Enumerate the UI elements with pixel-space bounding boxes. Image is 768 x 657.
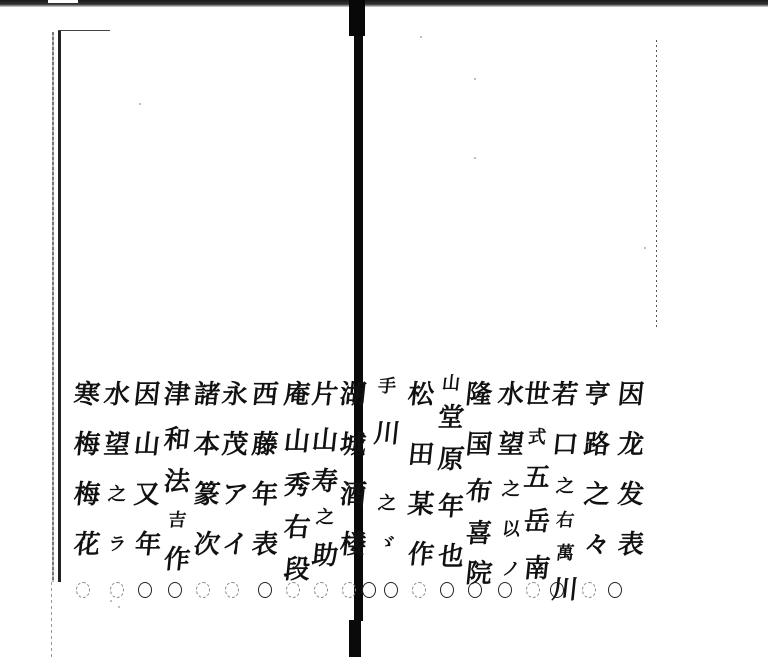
circle-mark — [498, 582, 512, 598]
glyph: 年 — [433, 482, 468, 532]
glyph: 松 — [403, 370, 438, 420]
circle-mark — [440, 582, 454, 598]
glyph: 之 — [99, 470, 134, 520]
text-column-10: 湖 城 酒 楼 — [338, 370, 368, 570]
glyph — [405, 420, 436, 430]
circle-mark — [110, 582, 124, 598]
scan-speck — [420, 36, 422, 38]
text-column-9: 手 川 之 ゞ — [372, 370, 402, 564]
glyph: 藤 — [247, 420, 282, 470]
glyph: 之 — [548, 470, 582, 504]
text-column-12: 庵 山 秀 右 段 — [282, 370, 312, 592]
circle-mark — [168, 582, 182, 598]
glyph: 山 — [280, 420, 315, 464]
scanned-page-spread: 因 龙 发 表 亨 路 之 々 若 口 之 右 萬 川 世 式 五 岳 南 水 — [0, 0, 768, 657]
glyph: 也 — [433, 532, 468, 582]
text-column-16: 津 和 法 吉 作 — [162, 370, 192, 582]
glyph: 之 — [494, 470, 528, 510]
glyph: 秀 — [280, 464, 315, 508]
left-page-outer-border — [52, 32, 54, 582]
glyph: 表 — [613, 520, 648, 570]
circle-mark — [342, 582, 356, 598]
text-column-5: 水 望 之 以 ノ — [496, 370, 526, 590]
text-column-3: 若 口 之 右 萬 川 — [550, 370, 580, 610]
text-column-13: 西 藤 年 表 — [250, 370, 280, 570]
text-column-11: 片 山 寿 之 助 — [310, 370, 340, 578]
text-column-18: 水 望 之 ラ — [102, 370, 132, 570]
glyph: 表 — [247, 520, 282, 570]
glyph: 龙 — [613, 420, 648, 470]
glyph: 庵 — [279, 370, 314, 420]
text-column-8: 松 田 某 作 — [406, 370, 436, 580]
glyph — [371, 464, 403, 484]
glyph: 梅 — [69, 470, 104, 520]
glyph: 之 — [370, 484, 404, 524]
circle-mark — [258, 582, 272, 598]
glyph: 諸 — [189, 370, 224, 420]
text-column-2: 亨 路 之 々 — [582, 370, 612, 570]
book-gutter-bottom — [349, 620, 361, 657]
glyph: 路 — [579, 420, 614, 470]
glyph: 山 — [435, 370, 468, 398]
text-column-1: 因 龙 发 表 — [616, 370, 646, 570]
circle-mark — [550, 582, 564, 598]
glyph: 和 — [160, 420, 194, 460]
text-column-7: 山 堂 原 年 也 — [436, 370, 466, 582]
glyph: 年 — [247, 470, 282, 520]
circle-mark — [225, 582, 239, 598]
glyph: 酒 — [335, 470, 370, 520]
glyph: 川 — [369, 404, 405, 464]
circle-mark — [314, 582, 328, 598]
glyph: 之 — [308, 502, 341, 534]
calligraphy-text-block: 因 龙 发 表 亨 路 之 々 若 口 之 右 萬 川 世 式 五 岳 南 水 — [60, 370, 640, 610]
circle-mark — [582, 582, 596, 598]
glyph: 本 — [189, 420, 224, 470]
left-page-border-tail — [51, 582, 52, 657]
circle-mark — [526, 582, 540, 598]
glyph: 望 — [493, 420, 528, 470]
scan-speck — [139, 103, 141, 105]
glyph: 发 — [613, 470, 648, 520]
glyph: 望 — [99, 420, 134, 470]
glyph: 篆 — [189, 470, 224, 520]
glyph: 以 — [494, 510, 528, 550]
scan-top-gap — [48, 0, 78, 3]
glyph: 水 — [99, 370, 134, 420]
glyph: 作 — [403, 530, 438, 580]
scan-speck — [474, 157, 476, 159]
text-column-17: 因 山 又 年 — [132, 370, 162, 590]
glyph: 法 — [160, 460, 195, 504]
glyph: ラ — [99, 520, 134, 570]
glyph: 作 — [160, 538, 195, 582]
glyph: 堂 — [434, 398, 468, 438]
glyph: 因 — [613, 370, 648, 420]
circle-mark — [468, 582, 482, 598]
scan-speck — [644, 247, 646, 249]
circle-mark — [608, 582, 622, 598]
glyph: 水 — [493, 370, 528, 420]
text-column-19: 寒 梅 梅 花 — [72, 370, 102, 570]
glyph: ゞ — [370, 524, 404, 564]
glyph: 寒 — [69, 370, 104, 420]
scan-top-edge — [0, 0, 768, 7]
circle-mark — [138, 582, 152, 598]
glyph: 右 — [280, 508, 314, 548]
scan-speck — [474, 78, 476, 80]
glyph: 手 — [370, 370, 404, 404]
glyph: 原 — [434, 438, 469, 482]
glyph: 之 — [579, 470, 614, 520]
glyph: 津 — [159, 370, 194, 420]
circle-mark — [196, 582, 210, 598]
text-column-15: 諸 本 篆 次 — [192, 370, 222, 570]
glyph: 因 — [129, 370, 164, 420]
glyph: 某 — [403, 480, 438, 530]
circle-mark — [286, 582, 300, 598]
glyph: 花 — [69, 520, 104, 570]
circle-mark — [384, 582, 398, 598]
glyph: 梅 — [69, 420, 104, 470]
circle-mark — [76, 582, 90, 598]
glyph: 西 — [247, 370, 282, 420]
right-page-margin-line — [656, 40, 657, 330]
glyph: 亨 — [579, 370, 614, 420]
glyph: 々 — [579, 520, 614, 570]
glyph: 年 — [128, 520, 165, 590]
glyph: 山 — [129, 420, 164, 470]
circle-mark — [412, 582, 426, 598]
circle-mark — [362, 582, 376, 598]
book-gutter-top — [349, 0, 365, 36]
left-page-top-rule — [58, 30, 110, 31]
glyph: 田 — [403, 430, 438, 480]
glyph: 又 — [129, 470, 164, 520]
glyph: 次 — [189, 520, 224, 570]
